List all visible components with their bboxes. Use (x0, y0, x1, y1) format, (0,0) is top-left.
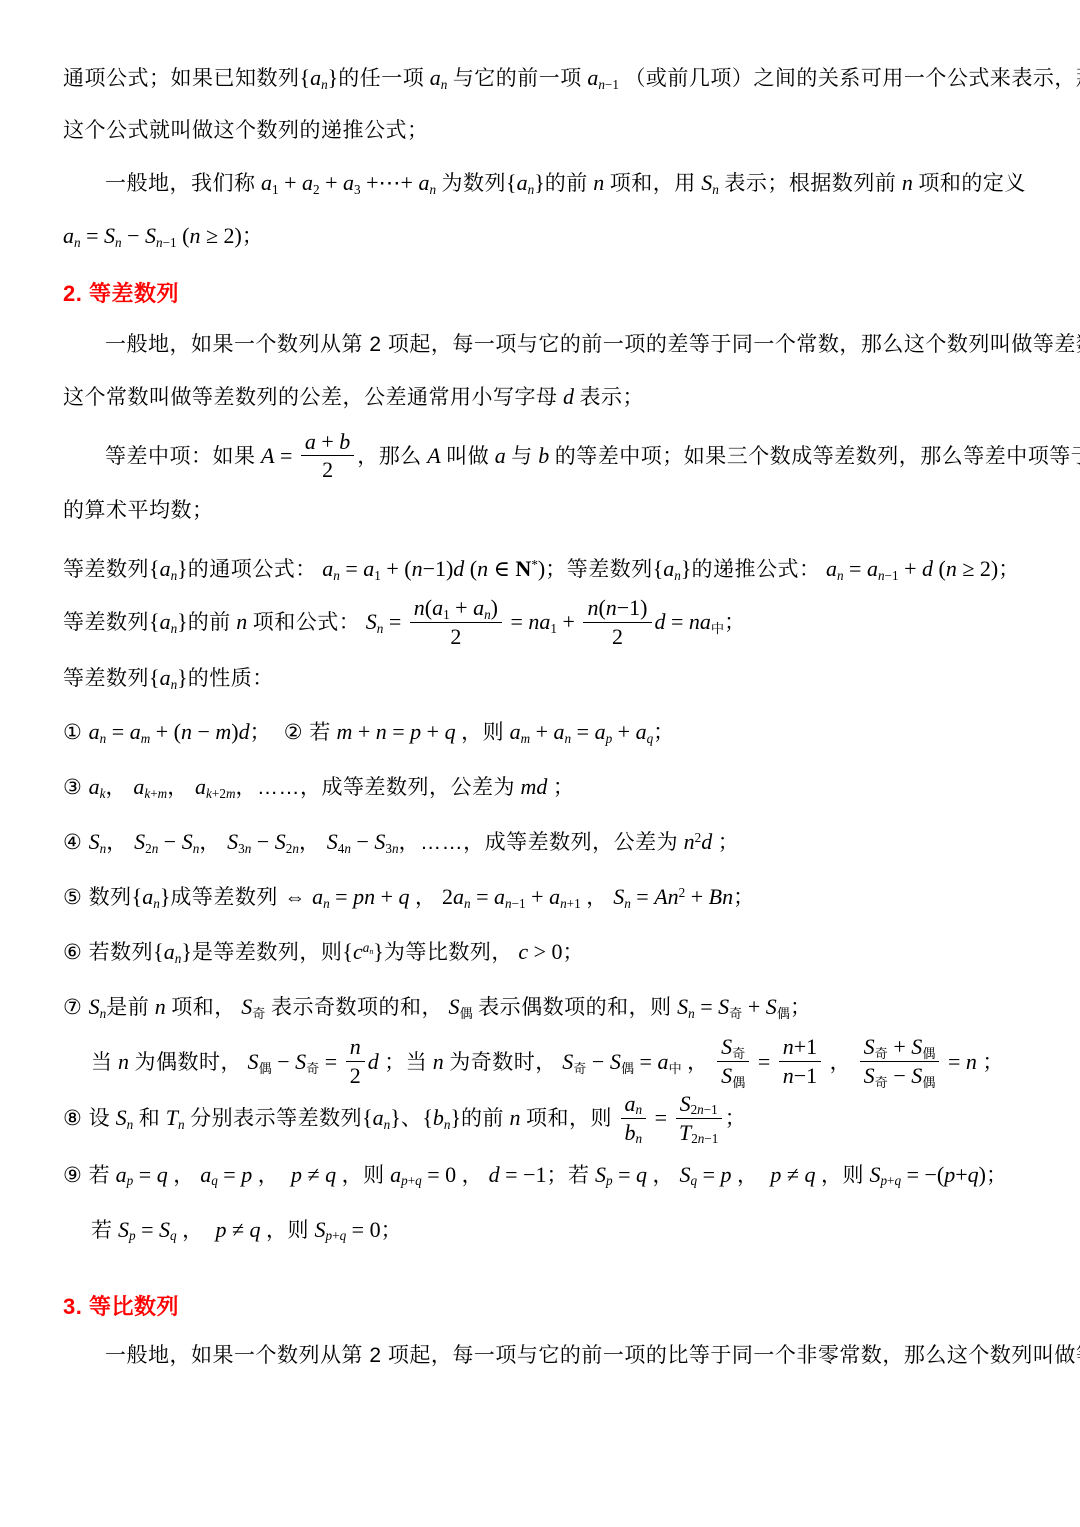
property-item-8: ⑧ 设 Sn 和 Tn 分别表示等差数列{an}、{bn}的前 n 项和，则 a… (63, 1091, 1020, 1147)
property-item-4: ④ Sn， S2n − Sn， S3n − S2n， S4n − S3n，……，… (63, 815, 1020, 870)
property-item-9-continued: 若 Sp = Sq ， p ≠ q ，则 Sp+q = 0； (63, 1203, 1020, 1258)
section-heading-geometric-sequence: 3. 等比数列 (63, 1292, 1020, 1322)
property-item-7-continued: 当 n 为偶数时， S偶 − S奇 = n2d ；当 n 为奇数时， S奇 − … (63, 1035, 1020, 1091)
arithmetic-definition-line-1: 一般地，如果一个数列从第 2 项起，每一项与它的前一项的差等于同一个常数，那么这… (63, 319, 1020, 371)
property-item-5: ⑤ 数列{an}成等差数列 ⇔ an = pn + q ， 2an = an−1… (63, 870, 1020, 925)
property-item-9: ⑨ 若 ap = q ， aq = p ， p ≠ q ，则 ap+q = 0 … (63, 1148, 1020, 1203)
property-item-7: ⑦ Sn是前 n 项和， S奇 表示奇数项的和， S偶 表示偶数项的和，则 Sn… (63, 980, 1020, 1035)
property-item-1-2: ① an = am + (n − m)d； ② 若 m + n = p + q … (63, 705, 1020, 760)
arithmetic-sum-formula: 等差数列{an}的前 n 项和公式： Sn = n(a1 + an)2 = na… (63, 596, 1020, 651)
geometric-definition-line-1: 一般地，如果一个数列从第 2 项起，每一项与它的前一项的比等于同一个非零常数，那… (63, 1330, 1020, 1382)
arithmetic-mean-line-1: 等差中项：如果 A = a + b2，那么 A 叫做 a 与 b 的等差中项；如… (63, 430, 1020, 485)
arithmetic-general-recursive-formula: 等差数列{an}的通项公式： an = a1 + (n−1)d (n ∈ N*)… (63, 543, 1020, 596)
arithmetic-properties-title: 等差数列{an}的性质： (63, 652, 1020, 705)
section-heading-arithmetic-sequence: 2. 等差数列 (63, 279, 1020, 309)
property-item-6: ⑥ 若数列{an}是等差数列，则{can}为等比数列， c > 0； (63, 925, 1020, 980)
intro-line-1: 通项公式；如果已知数列{an}的任一项 an 与它的前一项 an−1 （或前几项… (63, 52, 1020, 105)
intro-line-2: 这个公式就叫做这个数列的递推公式； (63, 105, 1020, 157)
arithmetic-definition-line-2: 这个常数叫做等差数列的公差，公差通常用小写字母 d 表示； (63, 371, 1020, 424)
intro-formula-an-sn: an = Sn − Sn−1 (n ≥ 2)； (63, 210, 1020, 263)
intro-line-3: 一般地，我们称 a1 + a2 + a3 +⋯+ an 为数列{an}的前 n … (63, 157, 1020, 210)
arithmetic-mean-line-2: 的算术平均数； (63, 485, 1020, 537)
property-item-3: ③ ak， ak+m， ak+2m，……，成等差数列，公差为 md ； (63, 760, 1020, 815)
document-page: 通项公式；如果已知数列{an}的任一项 an 与它的前一项 an−1 （或前几项… (0, 0, 1080, 1382)
